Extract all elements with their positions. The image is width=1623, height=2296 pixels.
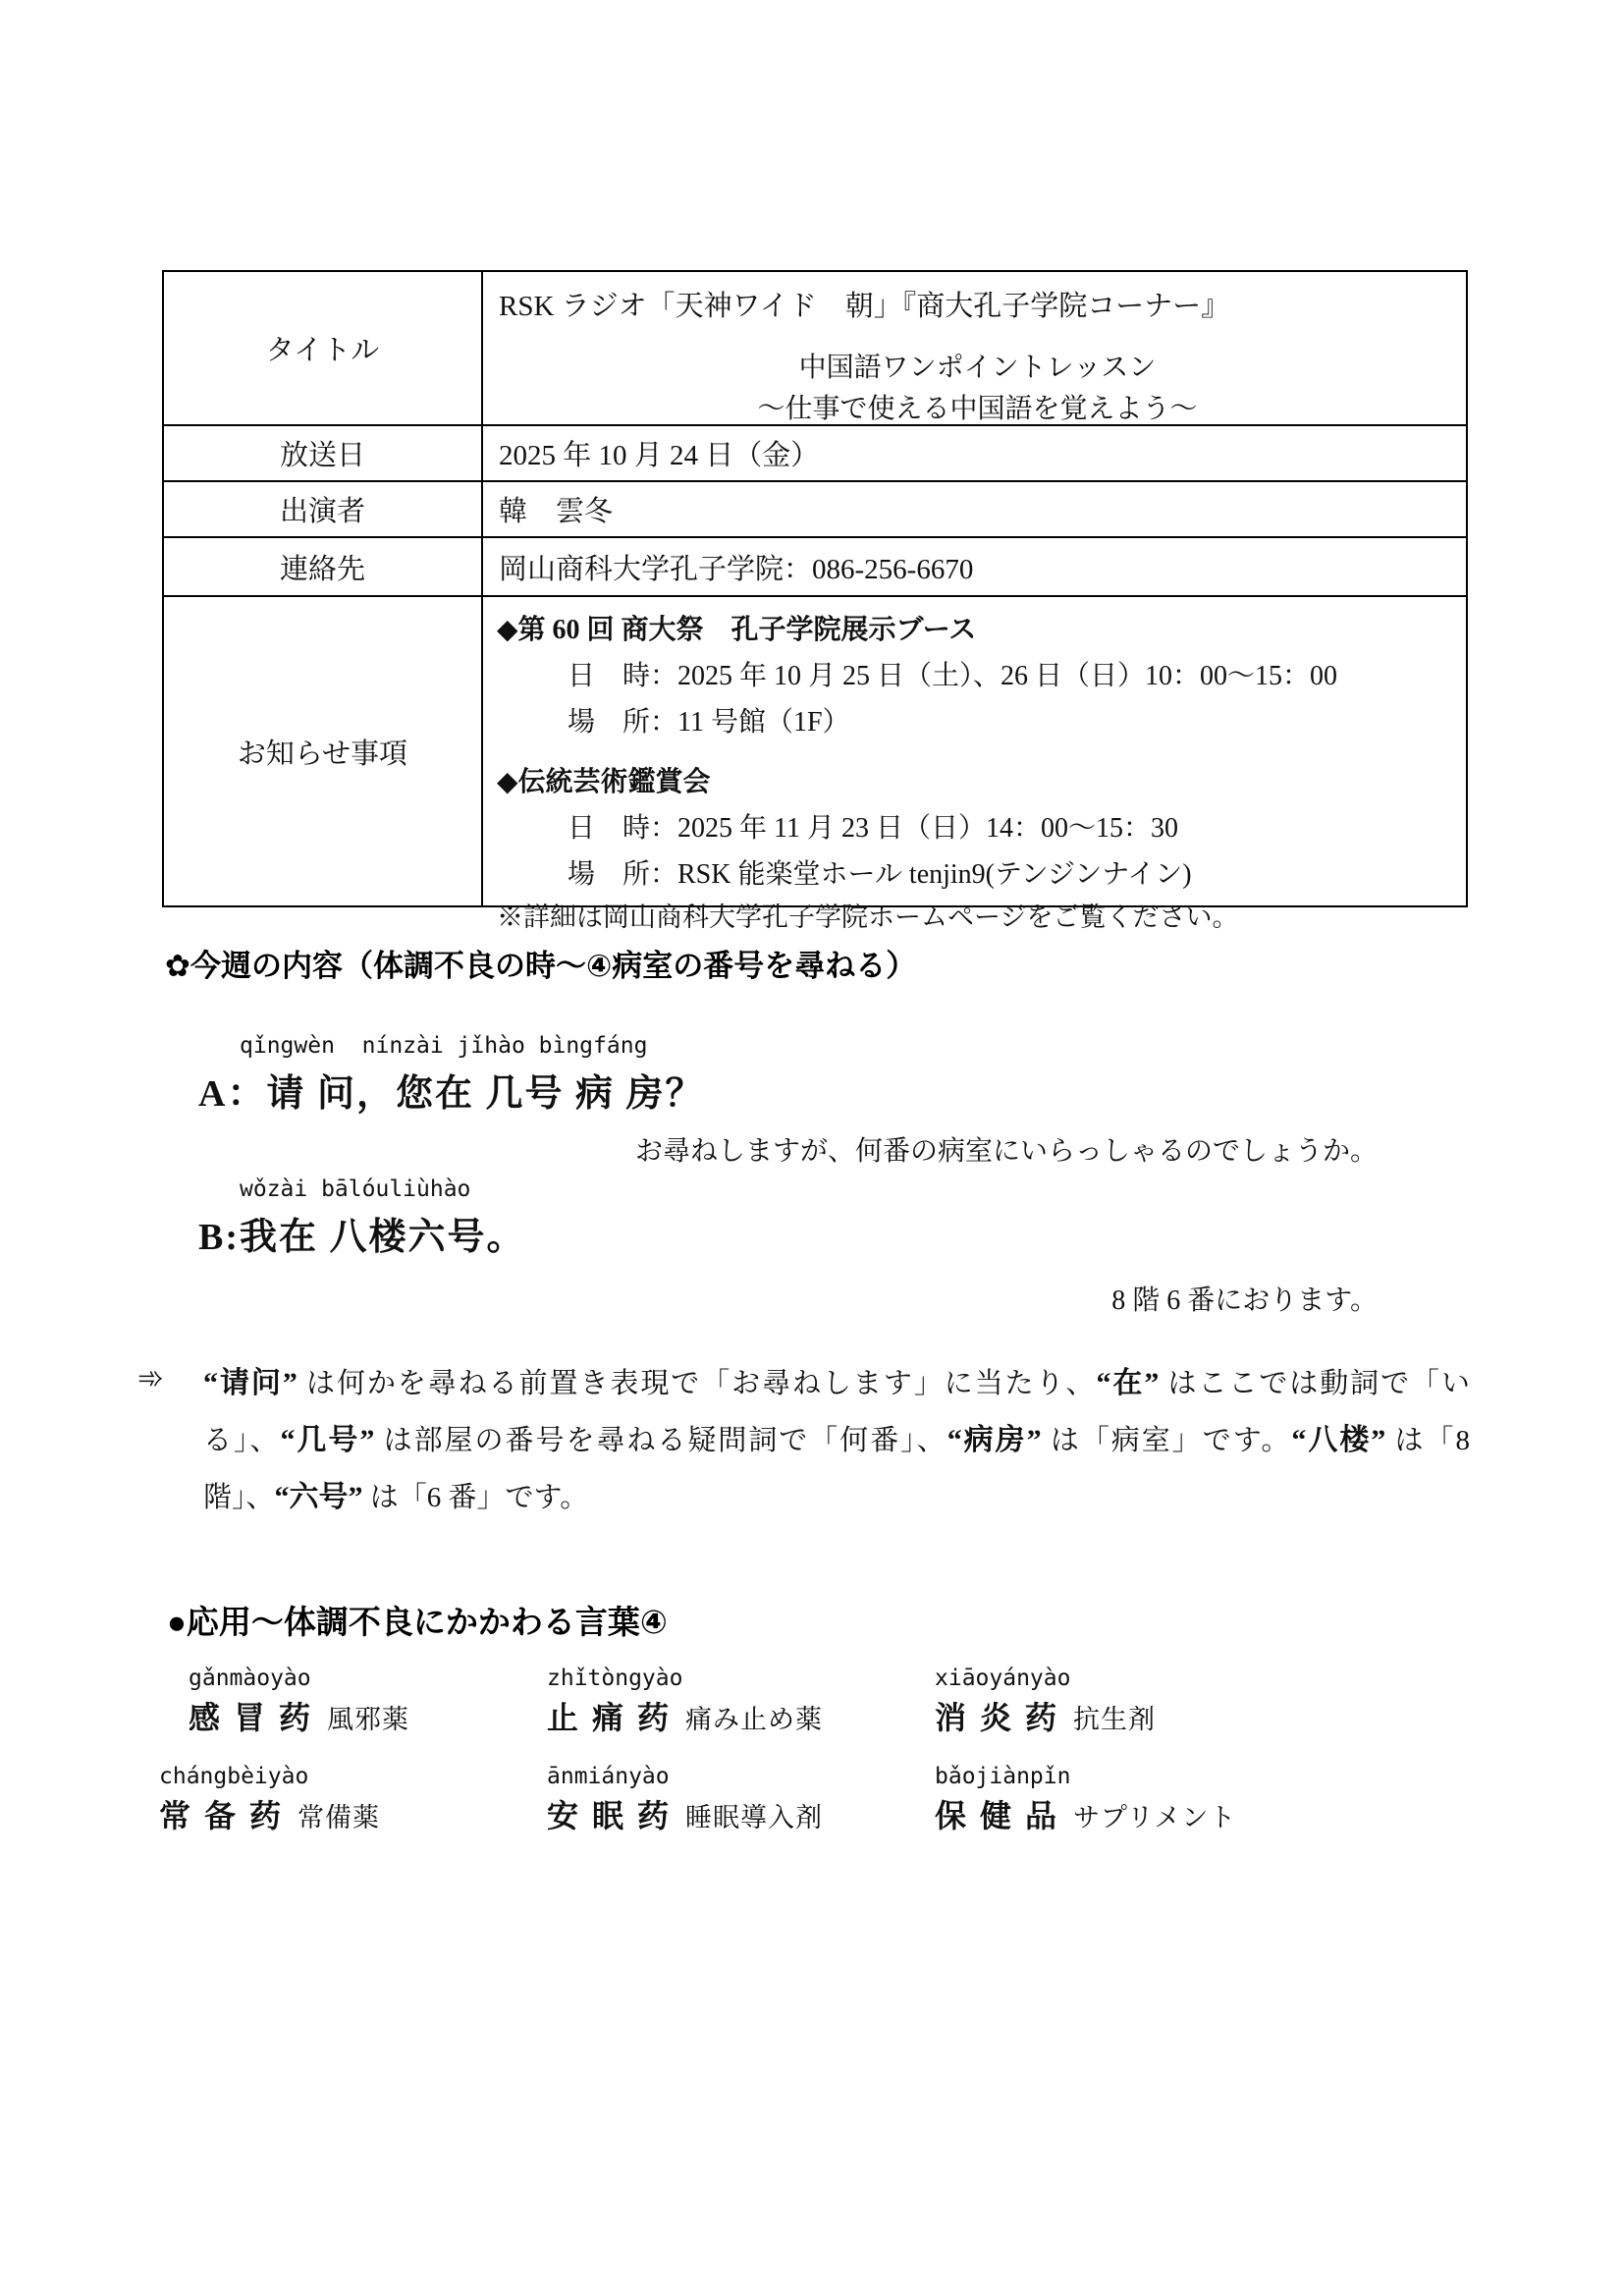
dialogue-b-speaker: B:: [198, 1217, 240, 1258]
dialogue-b-japanese: 8 階 6 番におります。: [1111, 1279, 1378, 1318]
explanation-term: “六号”: [275, 1481, 363, 1513]
performer-label: 出演者: [164, 480, 483, 536]
program-title-line2: 中国語ワンポイントレッスン: [499, 346, 1456, 385]
vocab-pinyin: xiāoyányào: [935, 1666, 1156, 1691]
vocab-word: 止 痛 药痛み止め薬: [547, 1693, 823, 1738]
notice-event1-place: 場 所：11 号館（1F）: [497, 699, 1456, 745]
vocab-entry: ānmiányào 安 眠 药睡眠導入剤: [547, 1764, 823, 1836]
program-title-line3: ～仕事で使える中国語を覚えよう～: [499, 387, 1456, 426]
vocab-entry: xiāoyányào 消 炎 药抗生剤: [935, 1666, 1156, 1738]
vocab-gloss: サプリメント: [1073, 1803, 1236, 1832]
dialogue-a-speaker: A：: [198, 1073, 266, 1115]
vocab-pinyin: gǎnmàoyào: [189, 1666, 409, 1691]
vocab-hanzi: 止 痛 药: [547, 1700, 672, 1735]
vocab-hanzi: 安 眠 药: [547, 1798, 672, 1833]
notice-event1-datetime: 日 時：2025 年 10 月 25 日（土）、26 日（日）10：00～15：…: [497, 653, 1456, 699]
dialogue-a-japanese: お尋ねしますが、何番の病室にいらっしゃるのでしょうか。: [635, 1129, 1378, 1169]
explanation-term: “病房”: [947, 1424, 1042, 1456]
dialogue-b-pinyin: wǒzài bālóuliùhào: [240, 1176, 526, 1202]
notice-label: お知らせ事項: [164, 595, 483, 905]
vocab-hanzi: 感 冒 药: [189, 1700, 313, 1735]
dialogue-a-text: A：请 问，您在 几号 病 房？: [198, 1063, 704, 1117]
explanation-paragraph: “请问” は何かを尋ねる前置き表現で「お尋ねします」に当たり、“在” はここでは…: [203, 1355, 1470, 1526]
weekly-content-heading: ✿今週の内容（体調不良の時～④病室の番号を尋ねる）: [165, 941, 916, 985]
program-info-table: タイトル RSK ラジオ「天神ワイド 朝」『商大孔子学院コーナー』 中国語ワンポ…: [162, 270, 1468, 907]
vocab-word: 感 冒 药風邪薬: [189, 1693, 409, 1738]
explanation-term: “几号”: [280, 1424, 374, 1456]
explanation-term: “在”: [1096, 1367, 1159, 1399]
explanation-text: は部屋の番号を尋ねる疑問詞で「何番」、: [374, 1425, 947, 1456]
dialogue-line-b: wǒzài bālóuliùhào B:我在 八楼六号。: [198, 1176, 526, 1260]
explanation-term: “请问”: [203, 1367, 298, 1399]
dialogue-a-chinese: 请 问，您在 几号 病 房？: [266, 1073, 704, 1115]
vocab-section-heading: ●応用～体調不良にかかわる言葉④: [167, 1597, 668, 1643]
vocab-hanzi: 常 备 药: [159, 1798, 284, 1833]
explanation-text: は「6 番」です。: [363, 1482, 589, 1513]
notice-event2-place: 場 所：RSK 能楽堂ホール tenjin9(テンジンナイン): [497, 851, 1456, 898]
notice-value: ◆第 60 回 商大祭 孔子学院展示ブース 日 時：2025 年 10 月 25…: [483, 595, 1466, 905]
vocab-pinyin: zhǐtòngyào: [547, 1666, 823, 1691]
dialogue-b-text: B:我在 八楼六号。: [198, 1206, 526, 1260]
title-row-value: RSK ラジオ「天神ワイド 朝」『商大孔子学院コーナー』 中国語ワンポイントレッ…: [483, 272, 1466, 424]
notice-event2-title: ◆伝統芸術鑑賞会: [497, 759, 1456, 805]
vocab-hanzi: 消 炎 药: [935, 1700, 1059, 1735]
broadcast-date-value: 2025 年 10 月 24 日（金）: [483, 424, 1466, 480]
vocab-gloss: 抗生剤: [1073, 1705, 1156, 1734]
vocab-word: 消 炎 药抗生剤: [935, 1693, 1156, 1738]
vocab-hanzi: 保 健 品: [935, 1798, 1059, 1833]
explanation-term: “八楼”: [1291, 1424, 1385, 1456]
vocab-word: 常 备 药常備薬: [159, 1791, 380, 1836]
dialogue-b-chinese: 我在 八楼六号。: [240, 1217, 526, 1258]
notice-event1-title: ◆第 60 回 商大祭 孔子学院展示ブース: [497, 607, 1456, 653]
arrow-bullet-icon: ➾: [137, 1359, 164, 1396]
notice-homepage-note: ※詳細は岡山商科大学孔子学院ホームページをご覧ください。: [497, 898, 1456, 937]
vocab-word: 安 眠 药睡眠導入剤: [547, 1791, 823, 1836]
vocab-pinyin: chángbèiyào: [159, 1764, 380, 1789]
vocab-gloss: 痛み止め薬: [685, 1705, 823, 1734]
contact-label: 連絡先: [164, 536, 483, 595]
dialogue-line-a: qǐngwèn nínzài jǐhào bìngfáng A：请 问，您在 几…: [198, 1033, 704, 1117]
vocab-gloss: 常備薬: [298, 1803, 380, 1832]
dialogue-a-pinyin: qǐngwèn nínzài jǐhào bìngfáng: [240, 1033, 704, 1059]
vocab-entry: chángbèiyào 常 备 药常備薬: [159, 1764, 380, 1836]
vocab-pinyin: ānmiányào: [547, 1764, 823, 1789]
explanation-text: は何かを尋ねる前置き表現で「お尋ねします」に当たり、: [298, 1368, 1097, 1399]
vocab-entry: zhǐtòngyào 止 痛 药痛み止め薬: [547, 1666, 823, 1738]
document-page: タイトル RSK ラジオ「天神ワイド 朝」『商大孔子学院コーナー』 中国語ワンポ…: [0, 0, 1623, 2296]
contact-value: 岡山商科大学孔子学院：086-256-6670: [483, 536, 1466, 595]
program-title-line1: RSK ラジオ「天神ワイド 朝」『商大孔子学院コーナー』: [499, 284, 1456, 324]
notice-event2-datetime: 日 時：2025 年 11 月 23 日（日）14：00～15：30: [497, 805, 1456, 851]
vocab-word: 保 健 品サプリメント: [935, 1791, 1236, 1836]
title-row-label: タイトル: [164, 272, 483, 424]
vocab-entry: gǎnmàoyào 感 冒 药風邪薬: [189, 1666, 409, 1738]
performer-value: 韓 雲冬: [483, 480, 1466, 536]
vocab-gloss: 睡眠導入剤: [685, 1803, 823, 1832]
explanation-text: は「病室」です。: [1042, 1425, 1292, 1456]
vocab-entry: bǎojiànpǐn 保 健 品サプリメント: [935, 1764, 1236, 1836]
vocab-pinyin: bǎojiànpǐn: [935, 1764, 1236, 1789]
vocab-gloss: 風邪薬: [327, 1705, 409, 1734]
broadcast-date-label: 放送日: [164, 424, 483, 480]
